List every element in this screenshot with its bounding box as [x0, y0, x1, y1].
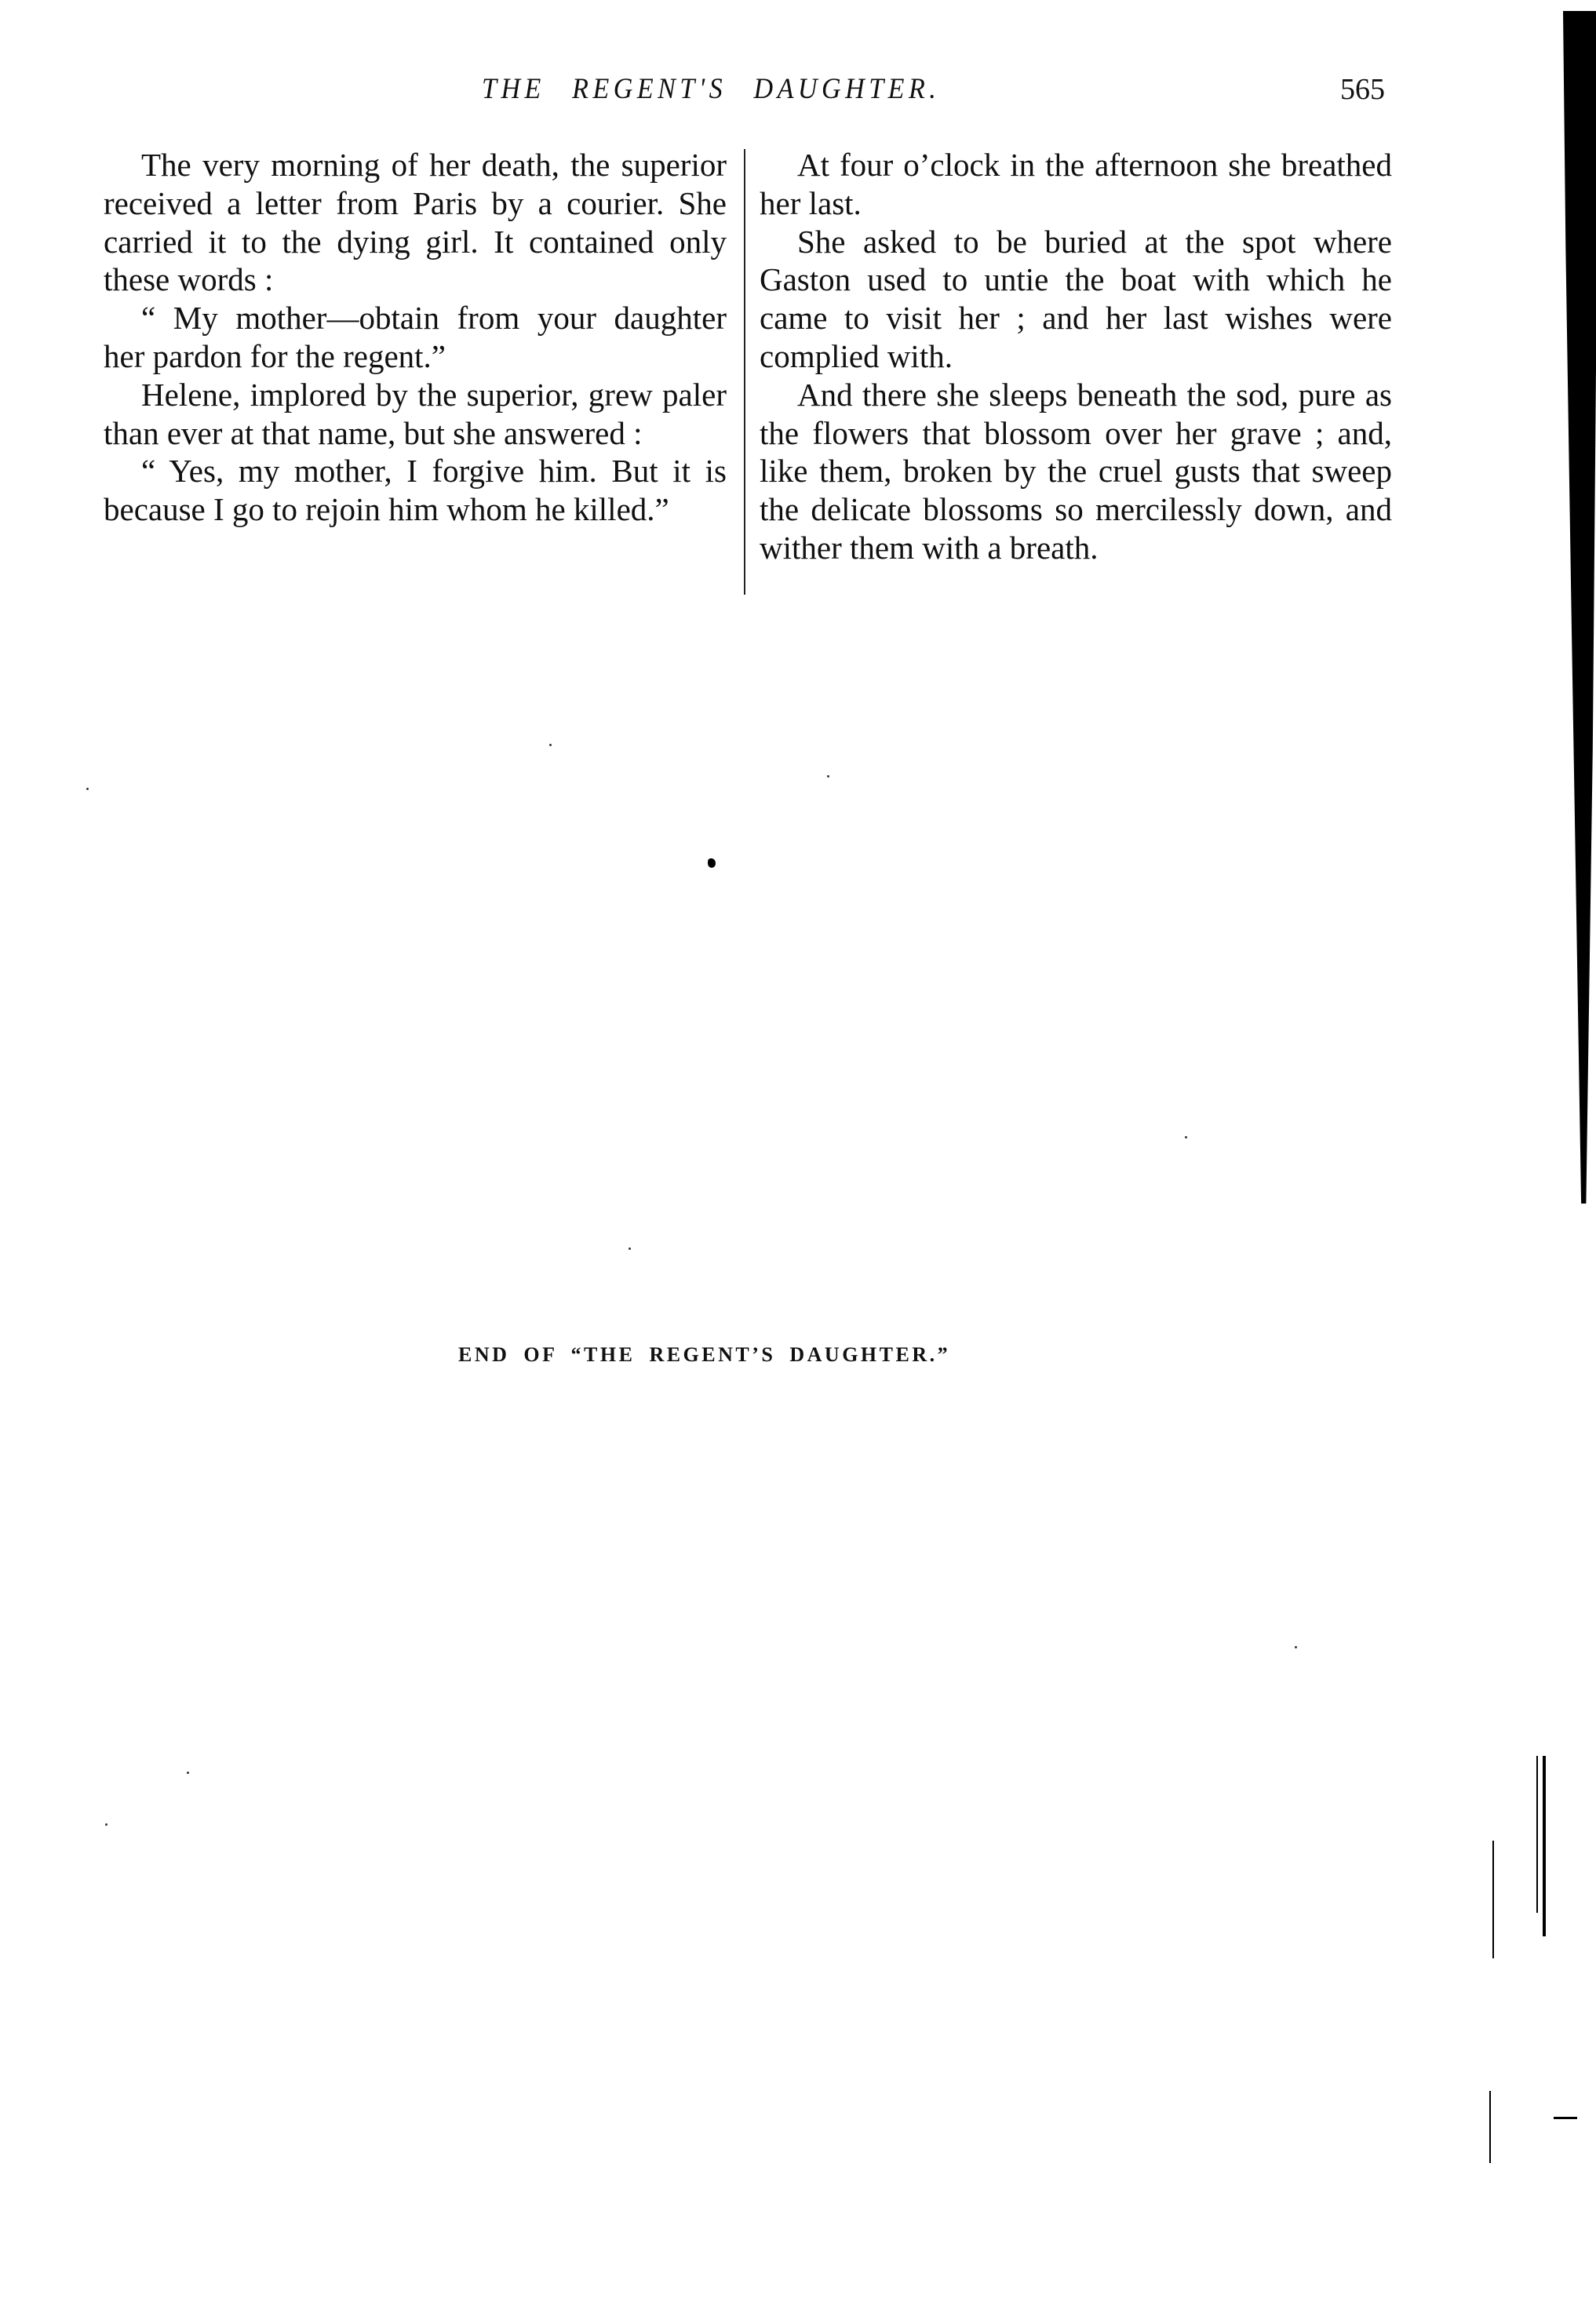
speck [187, 1772, 189, 1774]
paragraph: The very morning of her death, the super… [104, 146, 727, 299]
page-number: 565 [1340, 72, 1385, 107]
paragraph: And there she sleeps beneath the sod, pu… [760, 376, 1392, 567]
end-notice: END OF “THE REGENT’S DAUGHTER.” [458, 1343, 950, 1367]
running-title: THE REGENT'S DAUGHTER. [482, 72, 940, 106]
scan-edge-noise [1554, 2117, 1577, 2119]
scan-edge-noise [1492, 1841, 1494, 1958]
scan-edge-noise [1536, 1756, 1538, 1913]
paragraph: Helene, implored by the superior, grew p… [104, 376, 727, 453]
scan-edge-noise [1543, 1756, 1546, 1936]
paragraph: She asked to be buried at the spot where… [760, 223, 1392, 376]
speck [1185, 1136, 1187, 1138]
speck [827, 775, 829, 778]
speck [629, 1247, 631, 1250]
paragraph: “ Yes, my mother, I forgive him. But it … [104, 452, 727, 529]
paragraph: “ My mother—obtain from your daughter he… [104, 299, 727, 376]
left-column: The very morning of her death, the super… [104, 146, 727, 529]
right-column: At four o’clock in the afternoon she bre… [760, 146, 1392, 567]
column-divider [744, 149, 745, 595]
paragraph: At four o’clock in the afternoon she bre… [760, 146, 1392, 223]
scan-edge-noise [1489, 2091, 1491, 2163]
speck [549, 744, 552, 746]
speck [1295, 1646, 1297, 1648]
speck [105, 1823, 107, 1826]
speck [86, 788, 89, 790]
scan-edge-shadow [1563, 11, 1596, 1204]
ink-blot [708, 858, 716, 868]
